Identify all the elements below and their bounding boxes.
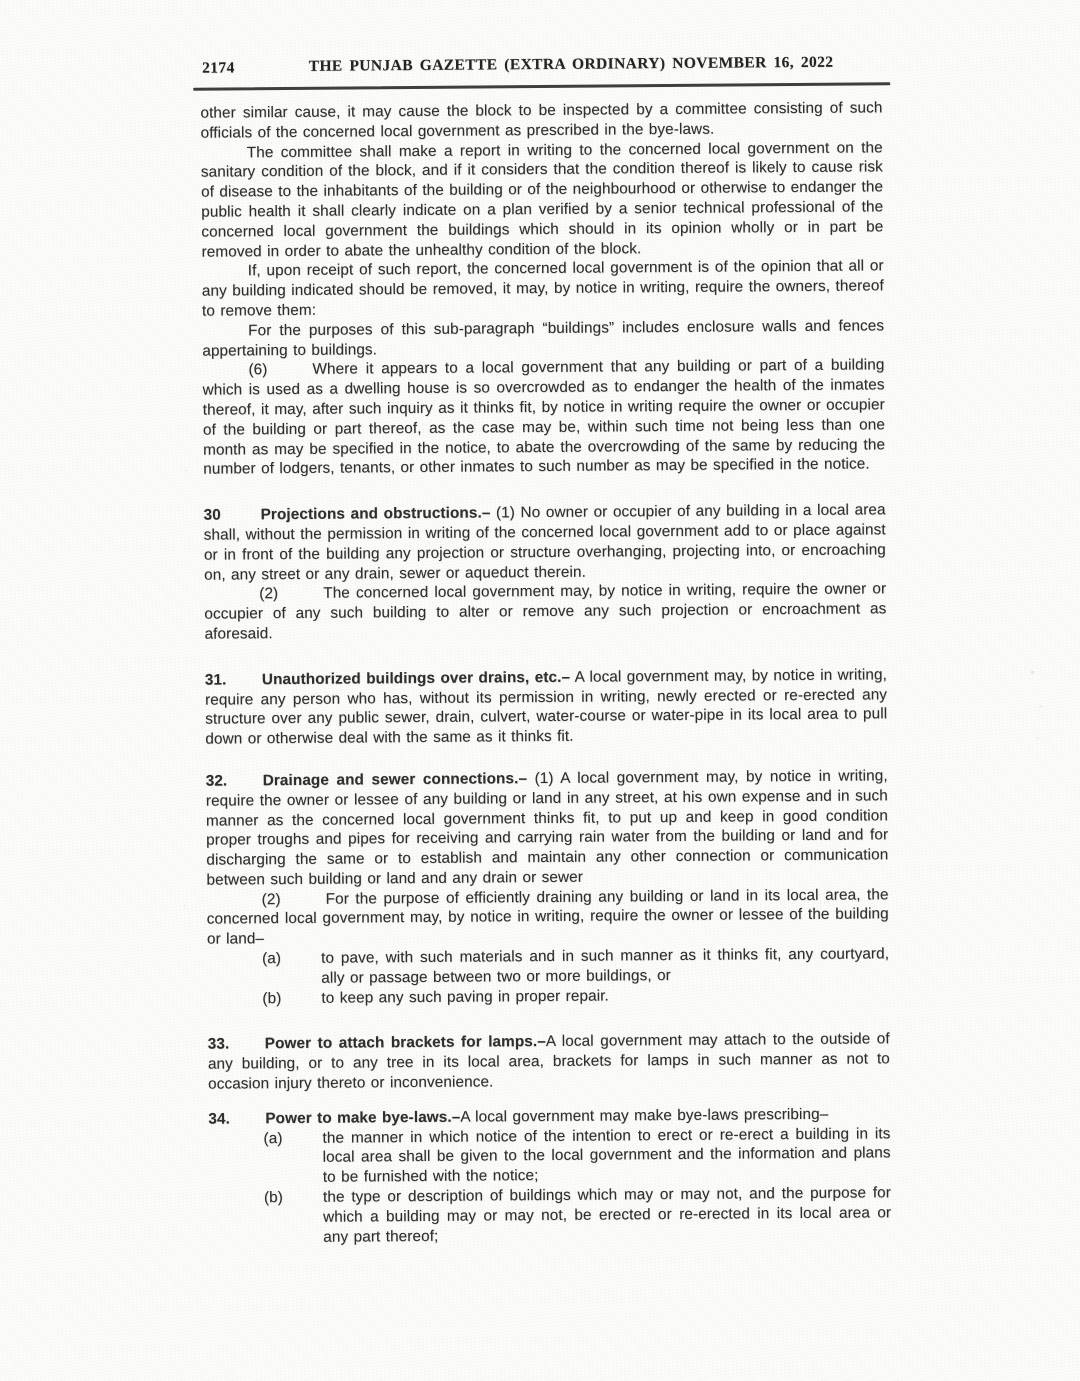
section-33-number: 33.	[208, 1035, 265, 1055]
section-30-clause-2: (2)The concerned local government may, b…	[204, 580, 886, 645]
paragraph-committee-report: The committee shall make a report in wri…	[201, 138, 884, 262]
section-30: 30Projections and obstructions.– (1) No …	[204, 500, 887, 585]
item-a-text: the manner in which notice of the intent…	[322, 1124, 890, 1188]
section-32-item-a: (a)to pave, with such materials and in s…	[262, 944, 889, 989]
section-32-item-b: (b)to keep any such paving in proper rep…	[262, 984, 889, 1009]
page-header: 2174 THE PUNJAB GAZETTE (EXTRA ORDINARY)…	[200, 53, 882, 80]
item-a-text: to pave, with such materials and in such…	[321, 944, 889, 988]
clause-6: (6)Where it appears to a local governmen…	[202, 356, 885, 480]
scan-speckles	[0, 0, 1, 1]
gazette-title: THE PUNJAB GAZETTE (EXTRA ORDINARY) NOVE…	[200, 53, 882, 76]
document-text: other similar cause, it may cause the bl…	[200, 98, 891, 1248]
section-31: 31.Unauthorized buildings over drains, e…	[205, 665, 888, 750]
page-number: 2174	[202, 59, 235, 77]
section-33: 33.Power to attach brackets for lamps.–A…	[208, 1030, 890, 1095]
section-30-heading: Projections and obstructions.–	[261, 505, 491, 524]
paragraph-buildings-definition: For the purposes of this sub-paragraph “…	[202, 316, 884, 361]
item-b-number: (b)	[264, 1188, 323, 1248]
item-a-number: (a)	[262, 949, 321, 989]
item-b-text: to keep any such paving in proper repair…	[321, 984, 889, 1008]
section-32-clause-2-number: (2)	[262, 889, 326, 909]
section-33-heading: Power to attach brackets for lamps.–	[265, 1033, 546, 1052]
section-32: 32.Drainage and sewer connections.– (1) …	[206, 766, 889, 890]
paragraph-report-receipt: If, upon receipt of such report, the con…	[202, 257, 884, 322]
page-content: 2174 THE PUNJAB GAZETTE (EXTRA ORDINARY)…	[200, 53, 891, 1248]
section-34-heading: Power to make bye-laws.–	[265, 1109, 460, 1128]
item-b-text: the type or description of buildings whi…	[323, 1183, 891, 1247]
item-a-number: (a)	[263, 1128, 322, 1188]
section-31-number: 31.	[205, 670, 262, 690]
header-rule	[193, 82, 890, 90]
section-30-clause-2-number: (2)	[259, 584, 323, 604]
item-b-number: (b)	[262, 988, 321, 1008]
section-34-number: 34.	[208, 1109, 265, 1129]
section-32-heading: Drainage and sewer connections.–	[263, 770, 527, 789]
section-34-text: A local government may make bye-laws pre…	[460, 1106, 828, 1126]
section-34-item-a: (a)the manner in which notice of the int…	[263, 1124, 890, 1188]
section-32-clause-2: (2)For the purpose of efficiently draini…	[207, 885, 889, 950]
section-34-item-b: (b)the type or description of buildings …	[264, 1183, 891, 1247]
section-30-number: 30	[204, 505, 261, 525]
section-32-number: 32.	[206, 771, 263, 791]
section-31-heading: Unauthorized buildings over drains, etc.…	[262, 669, 570, 688]
scanned-gazette-page: 2174 THE PUNJAB GAZETTE (EXTRA ORDINARY)…	[0, 0, 1080, 1381]
clause-6-number: (6)	[248, 360, 312, 380]
paragraph-continuation: other similar cause, it may cause the bl…	[200, 98, 882, 143]
